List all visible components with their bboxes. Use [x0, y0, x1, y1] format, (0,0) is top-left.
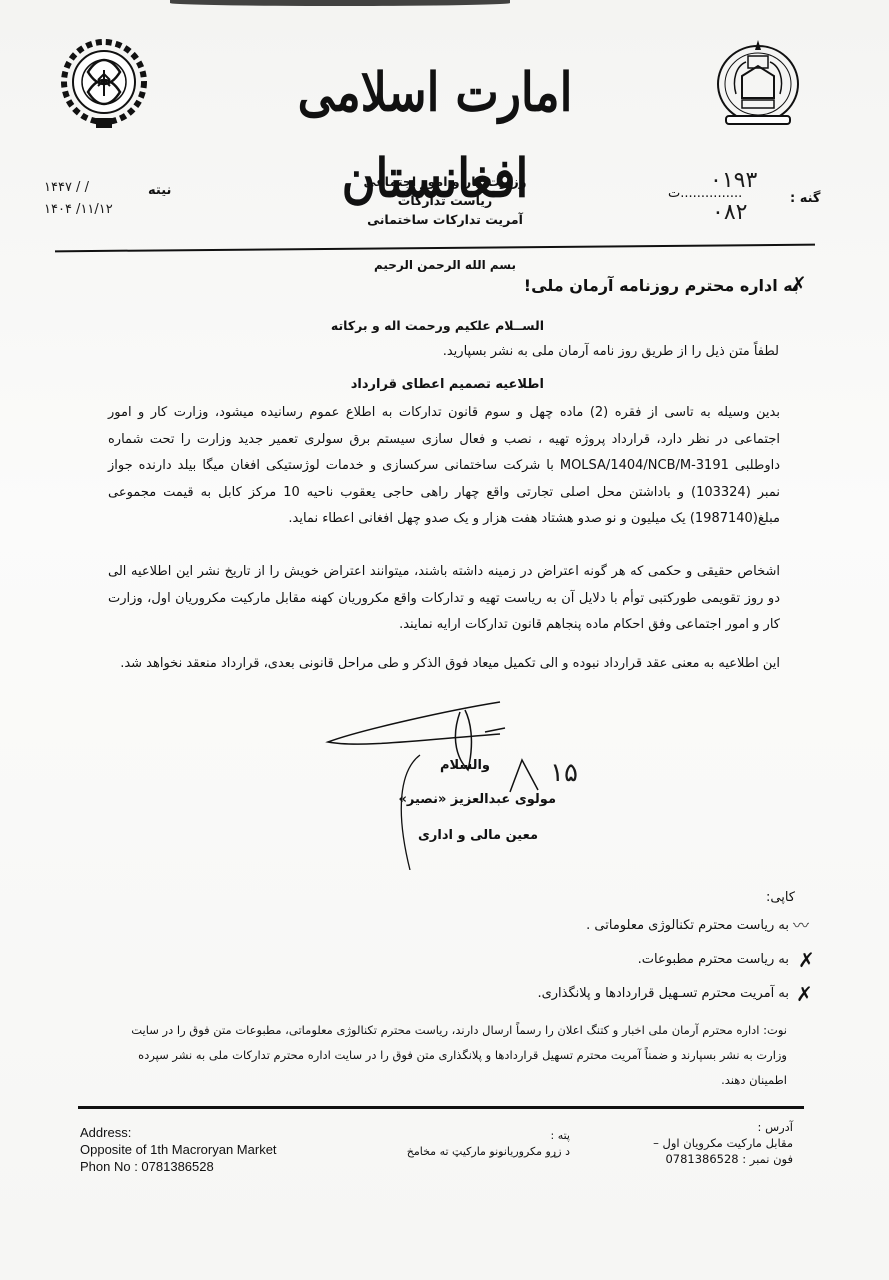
handwritten-signature-icon: [300, 700, 630, 870]
notice-title: اطلاعیه تصمیم اعطای قرارداد: [351, 377, 544, 392]
footer-pashto: پته : د زړو مکروریانونو مارکیټ ته مخامخ: [370, 1128, 570, 1160]
directorate-name: ریاست تدارکات: [330, 191, 560, 210]
reference-number-top: ۰۱۹۳: [710, 168, 757, 193]
header-title: امارت اسلامی افغانستان: [215, 49, 655, 135]
cc-item-contracts-facilitation: به آمریت محترم تسـهیل قراردادها و پلانگذ…: [537, 986, 789, 1001]
greeting: الســلام علکیم ورحمت اله و برکاته: [331, 318, 544, 333]
header-divider: [55, 244, 815, 253]
footer-address-label: Address:: [80, 1124, 277, 1141]
footer-address-english: Opposite of 1th Macroryan Market: [80, 1141, 277, 1158]
ministry-logo-icon: [58, 36, 150, 131]
closing: والسلام: [440, 758, 490, 773]
footer-dari-address: مقابل مارکیت مکرویان اول –: [653, 1135, 793, 1151]
publication-request: لطفاً متن ذیل را از طریق روز نامه آرمان …: [443, 344, 779, 359]
paragraph-contract-award: بدین وسیله به تاسی از فقره (2) ماده چهل …: [108, 400, 780, 533]
department-name: آمریت تدارکات ساختمانی: [330, 210, 560, 229]
addressee: به اداره محترم روزنامه آرمان ملی!: [524, 276, 799, 295]
signature-block: ۱۵ والسلام مولوی عبدالعزیز «نصیر» معین م…: [300, 700, 630, 870]
signatory-position: معین مالی و اداری: [418, 828, 538, 843]
handwritten-tick-icon: 〰: [793, 913, 809, 936]
bismillah: بسم الله الرحمن الرحیم: [350, 258, 540, 272]
footer-pashto-label: پته :: [370, 1128, 570, 1144]
paragraph-objection: اشخاص حقیقی و حکمی که هر گونه اعتراض در …: [108, 559, 780, 639]
footer-phone-english: Phon No : 0781386528: [80, 1158, 277, 1175]
hijri-shamsi-date: ۱۴۰۴ /۱۱/۱۲: [44, 202, 113, 217]
date-label: نیته: [148, 183, 171, 198]
footer-dari: آدرس : مقابل مارکیت مکرویان اول – فون نم…: [653, 1119, 793, 1167]
scan-shadow: [170, 0, 510, 6]
footer-divider: [78, 1106, 804, 1109]
reference-label: گنه :: [790, 191, 820, 206]
footer-dari-label: آدرس :: [653, 1119, 793, 1135]
footer-english: Address: Opposite of 1th Macroryan Marke…: [80, 1124, 277, 1175]
cc-item-it-directorate: به ریاست محترم تکنالوژی معلوماتی .: [586, 918, 789, 933]
hijri-qamari-date: ۱۴۴۷ / /: [44, 180, 89, 195]
note: نوت: اداره محترم آرمان ملی اخبار و کتنگ …: [112, 1018, 787, 1093]
footer-pashto-address: د زړو مکروریانونو مارکیټ ته مخامخ: [370, 1144, 570, 1160]
handwritten-cross-icon: ✗: [796, 982, 813, 1006]
footer-dari-phone: فون نمبر : 0781386528: [653, 1151, 793, 1167]
cc-label: کاپی:: [766, 890, 795, 905]
letter-page: امارت اسلامی افغانستان نیته ۱۴۴۷ / / ۱۴۰…: [0, 0, 889, 1280]
cc-item-press-directorate: به ریاست محترم مطبوعات.: [638, 952, 789, 967]
handwritten-date: ۱۵: [550, 758, 578, 788]
ministry-name: وزارت کار و امور اجتماعی: [330, 172, 560, 191]
national-emblem-icon: [712, 36, 804, 131]
handwritten-cross-icon: ✗: [798, 948, 815, 972]
ministry-header: وزارت کار و امور اجتماعی ریاست تدارکات آ…: [330, 172, 560, 229]
signatory-name: مولوی عبدالعزیز «نصیر»: [398, 792, 556, 807]
reference-number-bottom: ۰۸۲: [712, 200, 747, 225]
paragraph-disclaimer: این اطلاعیه به معنی عقد قرارداد نبوده و …: [108, 651, 780, 678]
